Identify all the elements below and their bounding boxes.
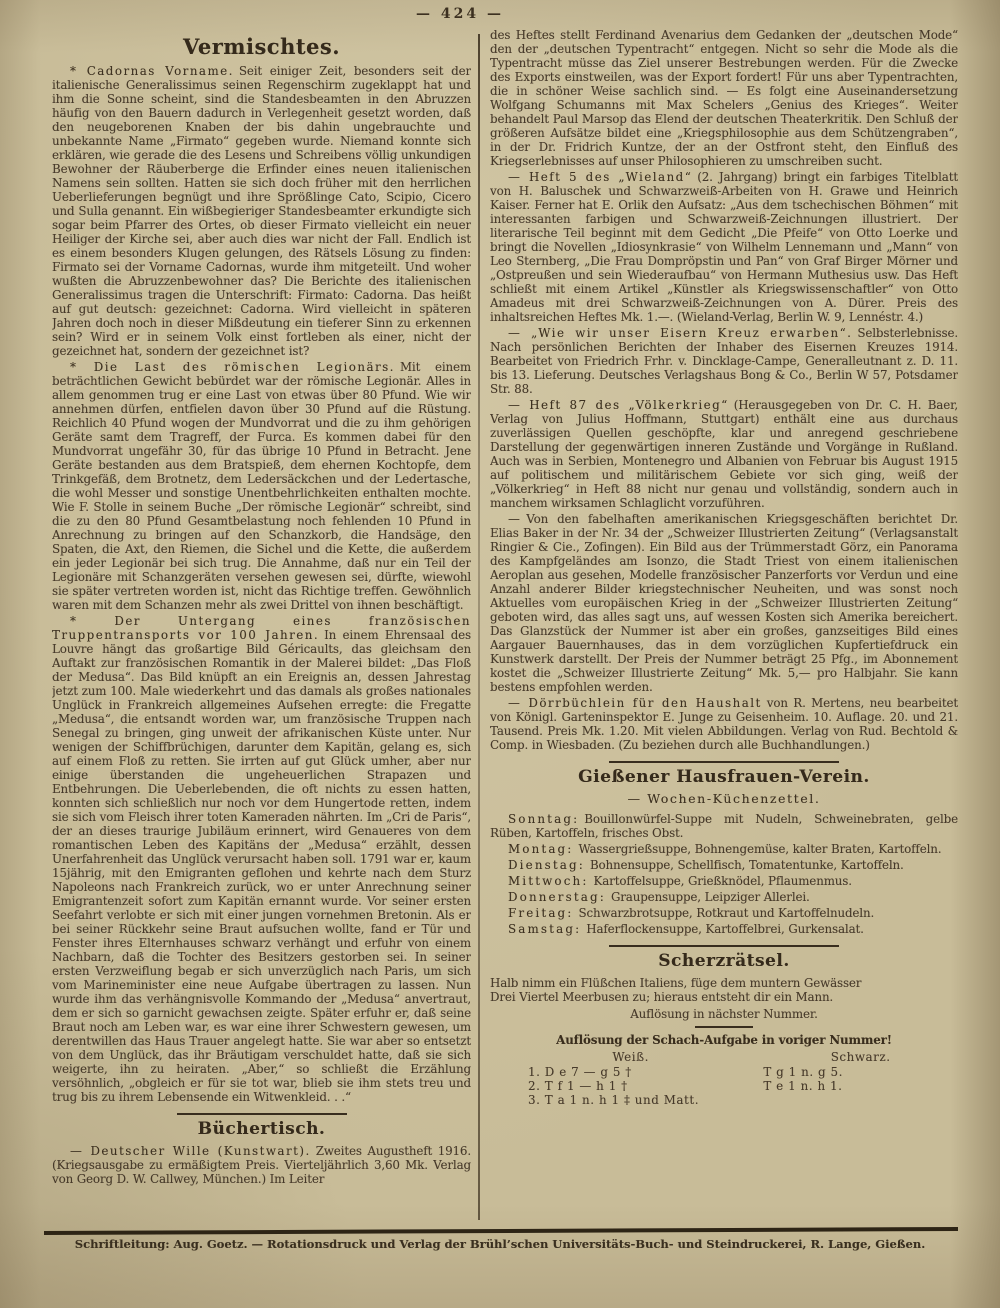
note-lead: —: [508, 512, 521, 526]
section-title-vermischtes: Vermischtes.: [52, 40, 471, 54]
book-note-deutscher-wille: — Deutscher Wille (Kunstwart).Zweites Au…: [52, 1144, 471, 1186]
chess-move-row: 2. T f 1 — h 1 † T e 1 n. h 1.: [490, 1079, 958, 1093]
book-note-eisern-kreuz: — „Wie wir unser Eisern Kreuz erwarben“.…: [490, 326, 958, 396]
imprint-line: Schriftleitung: Aug. Goetz. — Rotationsd…: [58, 1237, 942, 1251]
article-last-des-legionaers: * Die Last des römischen Legionärs.Mit e…: [52, 360, 471, 612]
note-lead: — Dörrbüchlein für den Haushalt: [508, 696, 762, 710]
section-title-hausfrauen-verein: Gießener Hausfrauen-Verein.: [490, 770, 958, 784]
page-number: — 424 —: [0, 6, 920, 22]
right-column: des Heftes stellt Ferdinand Avenarius de…: [490, 28, 958, 1222]
riddle-line-1: Halb nimm ein Flüßchen Italiens, füge de…: [490, 976, 958, 990]
article-untergang-truppentransport: * Der Untergang eines französischen Trup…: [52, 614, 471, 1104]
article-body: Mit einem beträchtlichen Gewicht bebürde…: [52, 360, 471, 612]
chess-white-label: Weiß.: [490, 1050, 733, 1064]
footer-rule: [44, 1227, 958, 1234]
chess-white-move: 1. D e 7 — g 5 †: [490, 1065, 733, 1079]
menu-day-label: Donnerstag:: [508, 890, 606, 904]
note-lead: — Deutscher Wille (Kunstwart).: [70, 1144, 311, 1158]
kuechenzettel-subtitle: — Wochen-Küchenzettel.: [490, 792, 958, 806]
menu-day-label: Montag:: [508, 842, 573, 856]
note-body: (Herausgegeben von Dr. C. H. Baer, Verla…: [490, 398, 958, 510]
left-column: Vermischtes. * Cadornas Vorname.Seit ein…: [52, 34, 471, 1222]
menu-meals: Graupensuppe, Leipziger Allerlei.: [611, 890, 810, 904]
chess-black-move: T g 1 n. g 5.: [733, 1065, 958, 1079]
section-title-buechertisch: Büchertisch.: [52, 1122, 471, 1136]
book-note-voelkerkrieg: — Heft 87 des „Völkerkrieg“(Herausgegebe…: [490, 398, 958, 510]
continuation-paragraph: des Heftes stellt Ferdinand Avenarius de…: [490, 28, 958, 168]
chess-white-move: 2. T f 1 — h 1 †: [490, 1079, 733, 1093]
chess-black-label: Schwarz.: [733, 1050, 958, 1064]
chess-solution-block: Auflösung der Schach-Aufgabe in voriger …: [490, 1033, 958, 1107]
column-divider-rule: [478, 34, 480, 1220]
menu-row-samstag: Samstag:Haferflockensuppe, Kartoffelbrei…: [490, 922, 958, 936]
chess-white-move: 3. T a 1 n. h 1 ‡ und Matt.: [490, 1093, 733, 1107]
chess-move-row: 3. T a 1 n. h 1 ‡ und Matt.: [490, 1093, 958, 1107]
newspaper-page: — 424 — Vermischtes. * Cadornas Vorname.…: [0, 0, 1000, 1308]
section-title-scherzraetsel: Scherzrätsel.: [490, 954, 958, 968]
article-lead: * Cadornas Vorname.: [70, 64, 234, 78]
menu-row-freitag: Freitag:Schwarzbrotsuppe, Rotkraut und K…: [490, 906, 958, 920]
article-body: Seit einiger Zeit, besonders seit der it…: [52, 64, 471, 358]
book-note-schweizer-illustrierte: —Von den fabelhaften amerikanischen Krie…: [490, 512, 958, 694]
menu-row-sonntag: Sonntag:Bouillonwürfel-Suppe mit Nudeln,…: [490, 812, 958, 840]
chess-black-move: T e 1 n. h 1.: [733, 1079, 958, 1093]
note-lead: — Heft 5 des „Wieland“: [508, 170, 692, 184]
menu-row-mittwoch: Mittwoch:Kartoffelsuppe, Grießknödel, Pf…: [490, 874, 958, 888]
book-note-wieland: — Heft 5 des „Wieland“(2. Jahrgang) brin…: [490, 170, 958, 324]
menu-meals: Kartoffelsuppe, Grießknödel, Pflaumenmus…: [594, 874, 852, 888]
menu-day-label: Mittwoch:: [508, 874, 589, 888]
chess-move-row: 1. D e 7 — g 5 † T g 1 n. g 5.: [490, 1065, 958, 1079]
section-divider-rule: [609, 945, 839, 947]
section-divider-rule: [609, 761, 839, 763]
menu-day-label: Dienstag:: [508, 858, 585, 872]
menu-meals: Wassergrießsuppe, Bohnengemüse, kalter B…: [578, 842, 941, 856]
chess-solution-title: Auflösung der Schach-Aufgabe in voriger …: [490, 1033, 958, 1047]
article-cadornas-vorname: * Cadornas Vorname.Seit einiger Zeit, be…: [52, 64, 471, 358]
menu-day-label: Samstag:: [508, 922, 581, 936]
small-divider-rule: [695, 1026, 753, 1028]
menu-meals: Haferflockensuppe, Kartoffelbrei, Gurken…: [586, 922, 864, 936]
chess-black-move: [733, 1093, 958, 1107]
riddle-solution-note: Auflösung in nächster Nummer.: [490, 1007, 958, 1021]
menu-meals: Bohnensuppe, Schellfisch, Tomatentunke, …: [590, 858, 904, 872]
article-body: In einem Ehrensaal des Louvre hängt das …: [52, 628, 471, 1104]
note-body: Von den fabelhaften amerikanischen Krieg…: [490, 512, 958, 694]
book-note-doerrbuechlein: — Dörrbüchlein für den Haushaltvon R. Me…: [490, 696, 958, 752]
chess-header-row: Weiß. Schwarz.: [490, 1050, 958, 1064]
menu-row-montag: Montag:Wassergrießsuppe, Bohnengemüse, k…: [490, 842, 958, 856]
menu-row-donnerstag: Donnerstag:Graupensuppe, Leipziger Aller…: [490, 890, 958, 904]
riddle-line-2: Drei Viertel Meerbusen zu; hieraus entst…: [490, 990, 958, 1004]
note-lead: — „Wie wir unser Eisern Kreuz erwarben“.: [508, 326, 852, 340]
note-lead: — Heft 87 des „Völkerkrieg“: [508, 398, 729, 412]
article-lead: * Die Last des römischen Legionärs.: [70, 360, 395, 374]
section-divider-rule: [177, 1113, 347, 1115]
menu-day-label: Sonntag:: [508, 812, 579, 826]
menu-meals: Schwarzbrotsuppe, Rotkraut und Kartoffel…: [578, 906, 874, 920]
note-body: (2. Jahrgang) bringt ein farbiges Titelb…: [490, 170, 958, 324]
menu-day-label: Freitag:: [508, 906, 573, 920]
menu-row-dienstag: Dienstag:Bohnensuppe, Schellfisch, Tomat…: [490, 858, 958, 872]
